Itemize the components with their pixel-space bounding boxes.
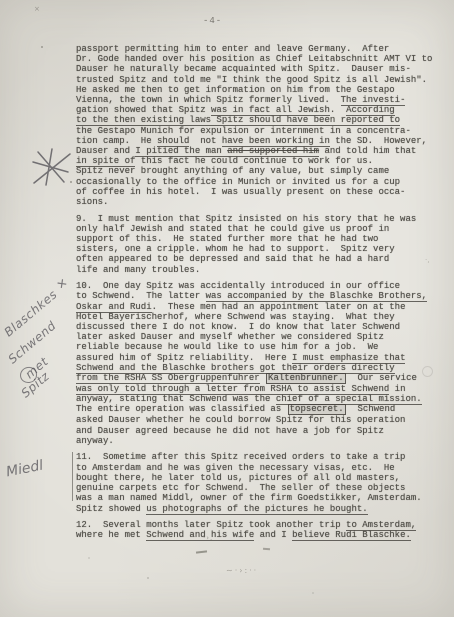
scan-smudge: [196, 550, 207, 553]
paragraph: 11. Sometime after this Spitz received o…: [76, 452, 442, 513]
paragraph: 12. Several months later Spitz took anot…: [76, 520, 442, 540]
typed-line: Spitz showed us photographs of the pictu…: [76, 504, 442, 514]
typed-line: discussed there I do not know. I do know…: [76, 322, 442, 332]
typed-line: Vienna, the town in which Spitz formerly…: [76, 95, 442, 105]
scan-speck: [41, 46, 43, 48]
typed-line: sions.: [76, 197, 442, 207]
typed-line: Hotel Bayerischerhof, where Schwend was …: [76, 312, 442, 322]
typed-line: 12. Several months later Spitz took anot…: [76, 520, 442, 530]
typed-line: often appeared to be depressed and said …: [76, 254, 442, 264]
scan-speck: ×: [34, 5, 40, 13]
typed-line: where he met Schwend and his wife and I …: [76, 530, 442, 540]
typed-line: Spitz never brought anything of any valu…: [76, 166, 442, 176]
paragraph: passport permitting him to enter and lea…: [76, 44, 442, 207]
plus-mark-icon: +: [55, 275, 69, 292]
typed-line: anyway, stating that Schwend was the chi…: [76, 394, 442, 404]
typed-line: 9. I must mention that Spitz insisted on…: [76, 214, 442, 224]
scan-smudge: ·›.: [203, 534, 213, 542]
typed-line: asked Dauser whether he could borrow Spi…: [76, 415, 442, 425]
scan-smudge: [422, 366, 433, 377]
typed-line: bought there, he later told us, pictures…: [76, 473, 442, 483]
typed-line: tion camp. He should not have been worki…: [76, 136, 442, 146]
typed-text: passport permitting him to enter and lea…: [76, 44, 442, 547]
typed-line: gation showed that Spitz was in fact all…: [76, 105, 442, 115]
typed-line: He asked me then to get information on h…: [76, 85, 442, 95]
paragraph: 9. I must mention that Spitz insisted on…: [76, 214, 442, 275]
typed-line: 11. Sometime after this Spitz received o…: [76, 452, 442, 462]
scan-speck: ·‚: [425, 256, 429, 264]
typed-line: sisters, one a cripple. whom he had to s…: [76, 244, 442, 254]
scan-smudge: [263, 548, 270, 550]
typed-line: the Gestapo Munich for expulsion or inte…: [76, 126, 442, 136]
typed-line: life and many troubles.: [76, 265, 442, 275]
typed-line: genuine carpets etc for Schwend. The sel…: [76, 483, 442, 493]
typed-line: passport permitting him to enter and lea…: [76, 44, 442, 54]
typed-line: reliable because he would like to use hi…: [76, 342, 442, 352]
page-number: -4-: [203, 16, 222, 26]
scan-speck: [312, 592, 314, 594]
typed-line: Dr. Gode handed over his position as Chi…: [76, 54, 442, 64]
scan-speck: [70, 181, 72, 183]
typed-line: was a man named Middl, owner of the firm…: [76, 493, 442, 503]
typed-line: was only told through a letter from RSHA…: [76, 384, 442, 394]
typed-line: 10. One day Spitz was accidentally intro…: [76, 281, 442, 291]
miedl-margin-note: Miedl: [5, 458, 45, 481]
typed-line: of coffee in his hotel. I was usually pr…: [76, 187, 442, 197]
typed-line: Schwend and the Blaschke brothers got th…: [76, 363, 442, 373]
typed-line: only half Jewish and stated that he coul…: [76, 224, 442, 234]
typed-line: anyway.: [76, 436, 442, 446]
typed-line: occasionally to the office in Munich or …: [76, 177, 442, 187]
typed-line: to Amsterdam and he was given the necess…: [76, 463, 442, 473]
typed-line: The entire operation was classified as t…: [76, 404, 442, 415]
margin-vertical-line: [72, 452, 73, 501]
typed-line: trusted Spitz and told me "I think the g…: [76, 75, 442, 85]
typed-line: assured him of Spitz reliability. Here I…: [76, 353, 442, 363]
typed-line: Oskar and Rudi. These men had an appoint…: [76, 302, 442, 312]
scan-speck: [88, 557, 90, 559]
typed-line: to the then existing laws Spitz should h…: [76, 115, 442, 125]
typed-line: and Dauser agreed because he did not hav…: [76, 426, 442, 436]
typed-line: to Schwend. The latter was accompanied b…: [76, 291, 442, 301]
paragraph: 10. One day Spitz was accidentally intro…: [76, 281, 442, 446]
typed-line: later asked Dauser and myself whether we…: [76, 332, 442, 342]
scan-speck: [147, 577, 149, 579]
typed-line: Dauser and I pitied the man and supporte…: [76, 146, 442, 156]
typed-line: support of this. He stated further more …: [76, 234, 442, 244]
typed-line: Dauser he naturally became acquainted wi…: [76, 64, 442, 74]
asterisk-star-icon: [31, 147, 71, 187]
typed-line: from the RSHA SS Obergruppenfuhrer Kalte…: [76, 373, 442, 384]
scanned-document-page: -4- passport permitting him to enter and…: [0, 0, 454, 617]
scan-smudge: ∼·›:··: [226, 566, 258, 575]
typed-line: in spite of this fact he could continue …: [76, 156, 442, 166]
